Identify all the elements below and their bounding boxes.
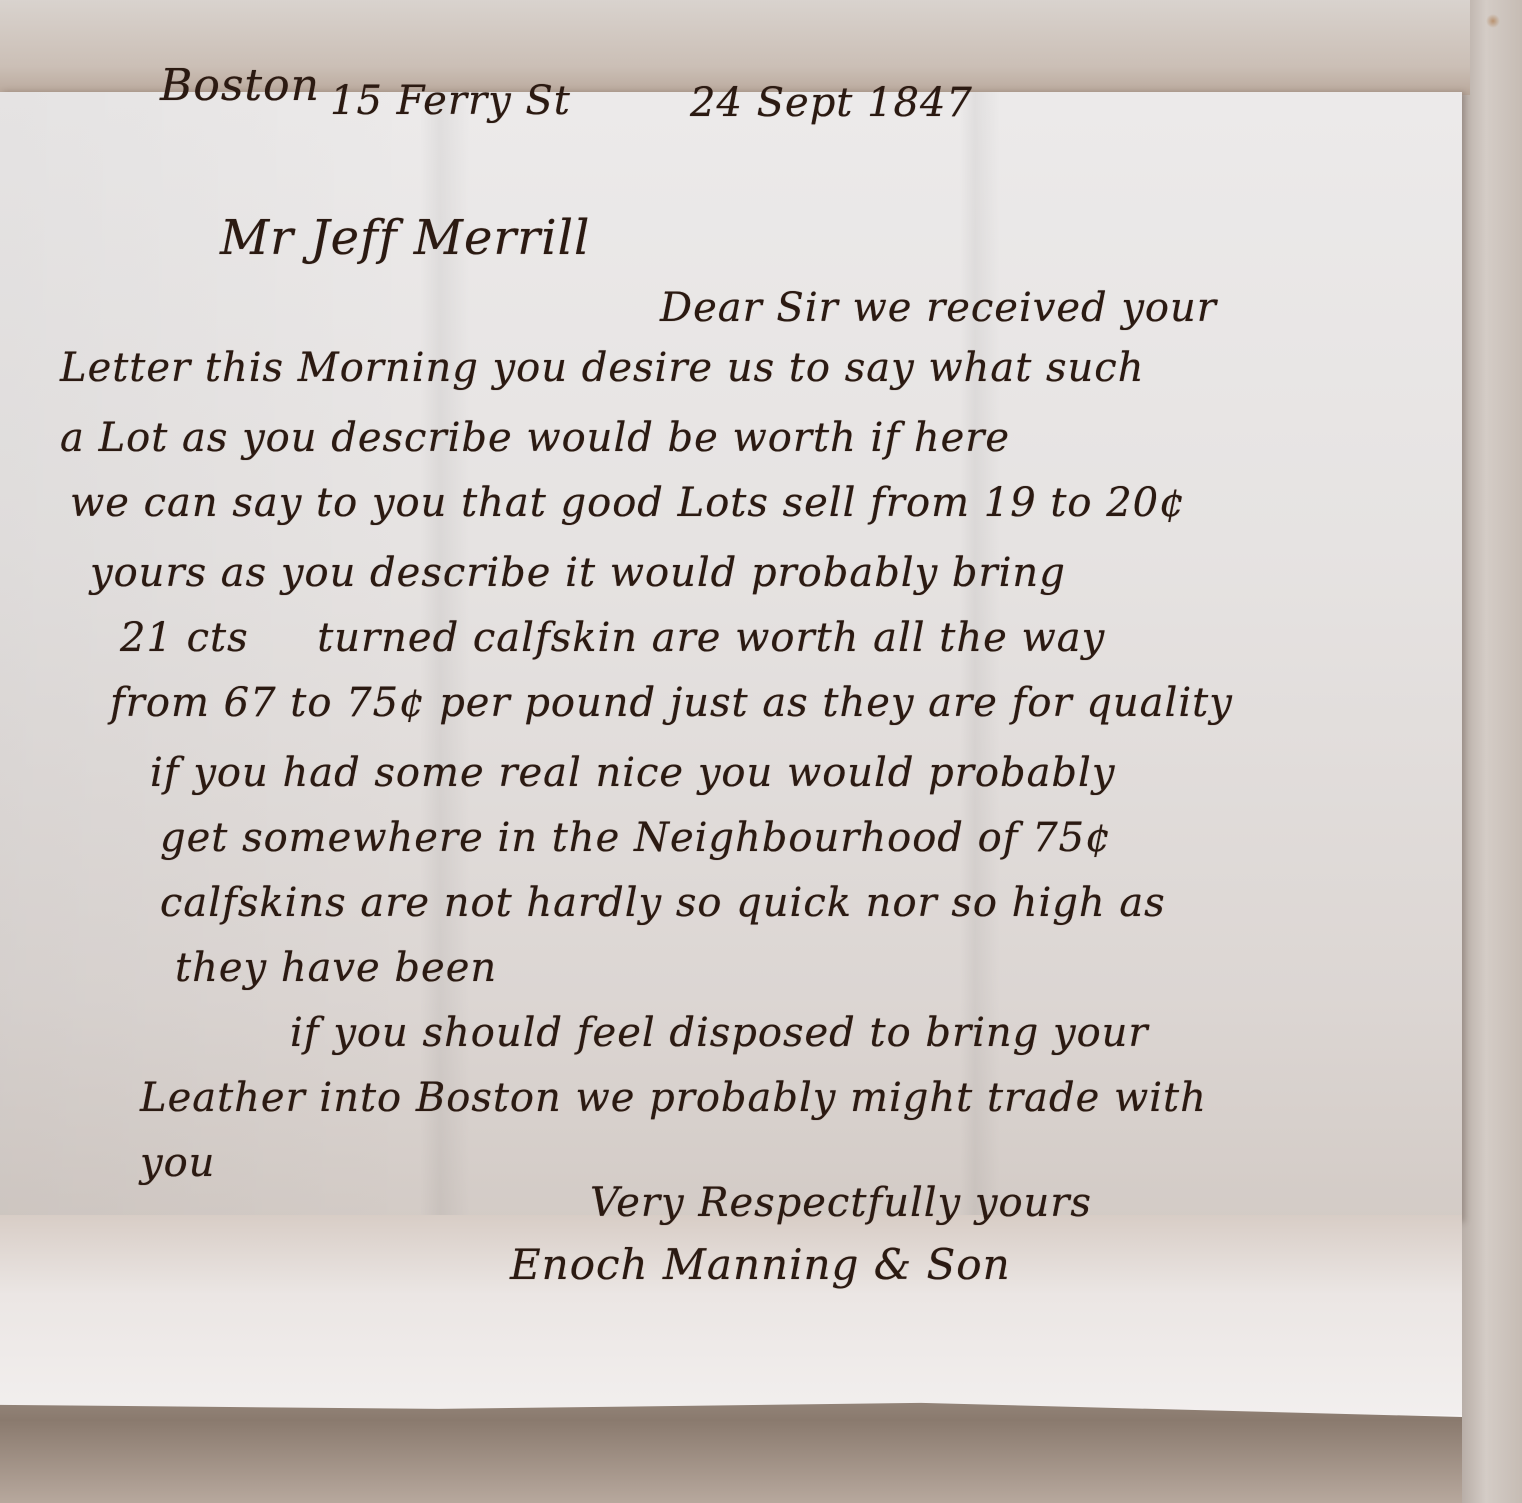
signature: Enoch Manning & Son [510, 1240, 1011, 1289]
body-line: 21 cts turned calfskin are worth all the… [120, 615, 1105, 661]
letter-right-fold [1462, 0, 1522, 1503]
body-line: get somewhere in the Neighbourhood of 75… [160, 815, 1112, 861]
body-line: calfskins are not hardly so quick nor so… [160, 880, 1166, 926]
body-line: we can say to you that good Lots sell fr… [70, 480, 1186, 526]
body-line: if you had some real nice you would prob… [150, 750, 1115, 796]
recipient: Mr Jeff Merrill [220, 210, 590, 266]
body-line: Letter this Morning you desire us to say… [60, 345, 1144, 391]
closing: Very Respectfully yours [590, 1180, 1092, 1226]
body-line: you [140, 1140, 215, 1186]
body-line: a Lot as you describe would be worth if … [60, 415, 1010, 461]
body-line: yours as you describe it would probably … [90, 550, 1066, 596]
body-line: Leather into Boston we probably might tr… [140, 1075, 1207, 1121]
heading-place: Boston [160, 60, 320, 111]
heading-street: 15 Ferry St [330, 78, 571, 124]
salutation: Dear Sir we received your [660, 285, 1217, 331]
body-line: from 67 to 75¢ per pound just as they ar… [110, 680, 1233, 726]
heading-date: 24 Sept 1847 [690, 80, 973, 126]
body-line: if you should feel disposed to bring you… [290, 1010, 1149, 1056]
paper-stain [1486, 14, 1500, 28]
body-line: they have been [175, 945, 497, 991]
